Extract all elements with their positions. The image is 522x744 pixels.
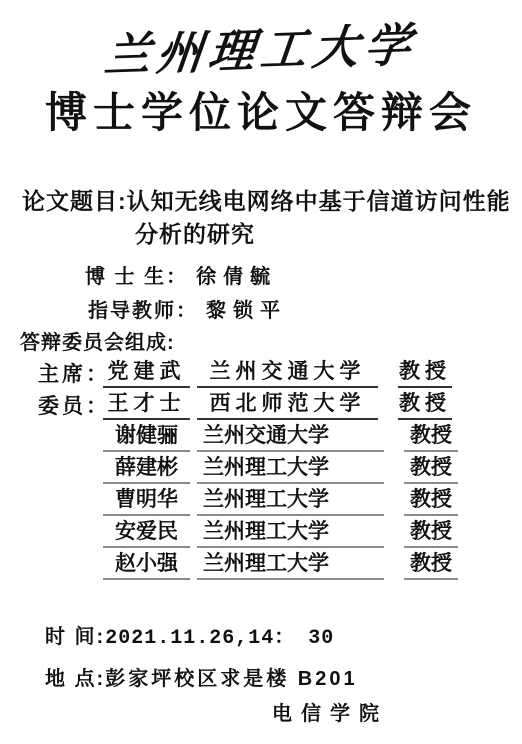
committee-member-affiliation: 兰州交通大学: [197, 355, 378, 388]
student-label: 博 士 生：: [85, 266, 188, 288]
committee-member-affiliation: 兰州交通大学: [197, 419, 384, 452]
committee-member-name: 曹明华: [103, 483, 190, 516]
time-label: 时 间:: [45, 626, 105, 648]
committee-member-affiliation: 兰州理工大学: [197, 515, 384, 548]
committee-row: 安爱民 兰州理工大学 教授: [0, 516, 522, 548]
committee-member-title: 教授: [404, 515, 458, 548]
event-title: 博士学位论文答辩会: [0, 80, 522, 140]
committee-row: 曹明华 兰州理工大学 教授: [0, 484, 522, 516]
committee-member-name: 薛建彬: [103, 451, 190, 484]
committee-member-affiliation: 兰州理工大学: [197, 451, 384, 484]
defense-announcement-document: 兰州理工大学 博士学位论文答辩会 论文题目:认知无线电网络中基于信道访问性能 分…: [0, 0, 522, 744]
advisor-label: 指导教师：: [88, 300, 198, 322]
thesis-title-line2: 分析的研究: [135, 216, 255, 249]
committee-row: 谢健骊 兰州交通大学 教授: [0, 420, 522, 452]
thesis-title-line1: 论文题目:认知无线电网络中基于信道访问性能: [22, 183, 511, 216]
advisor-name: 黎锁平: [206, 300, 287, 322]
time-line: 时 间:2021.11.26,14： 30: [45, 620, 334, 650]
thesis-title-text: 认知无线电网络中基于信道访问性能: [127, 188, 511, 214]
committee-member-affiliation: 兰州理工大学: [197, 547, 384, 580]
committee-row: 赵小强 兰州理工大学 教授: [0, 548, 522, 580]
committee-heading: 答辩委员会组成:: [20, 326, 175, 355]
issuing-department-signature: 电信学院: [272, 697, 388, 726]
committee-role: 主席：: [38, 358, 100, 388]
committee-member-affiliation: 兰州理工大学: [197, 483, 384, 516]
student-name: 徐倩毓: [196, 266, 277, 288]
committee-member-name: 王才士: [103, 387, 190, 420]
student-line: 博 士 生：徐倩毓: [85, 260, 277, 289]
committee-member-name: 党建武: [103, 355, 190, 388]
committee-member-title: 教授: [404, 419, 458, 452]
place-value: 彭家坪校区求是楼 B201: [105, 668, 357, 690]
committee-table: 主席： 党建武 兰州交通大学 教授 委员： 王才士 西北师范大学 教授 谢健骊 …: [0, 356, 522, 580]
committee-member-name: 安爱民: [103, 515, 190, 548]
university-logo-calligraphy: 兰州理工大学: [0, 5, 522, 90]
committee-member-title: 教授: [398, 355, 452, 388]
advisor-line: 指导教师：黎锁平: [88, 294, 287, 323]
committee-member-affiliation: 西北师范大学: [197, 387, 378, 420]
committee-member-name: 赵小强: [103, 547, 190, 580]
committee-row: 主席： 党建武 兰州交通大学 教授: [0, 356, 522, 388]
committee-member-title: 教授: [404, 483, 458, 516]
place-line: 地 点:彭家坪校区求是楼 B201: [45, 662, 358, 691]
committee-row: 委员： 王才士 西北师范大学 教授: [0, 388, 522, 420]
committee-member-title: 教授: [398, 387, 452, 420]
committee-member-title: 教授: [404, 451, 458, 484]
thesis-title-label: 论文题目:: [22, 188, 127, 214]
place-label: 地 点:: [45, 668, 105, 690]
committee-member-title: 教授: [404, 547, 458, 580]
committee-member-name: 谢健骊: [103, 419, 190, 452]
time-value: 2021.11.26,14： 30: [105, 627, 334, 650]
committee-role: 委员：: [38, 390, 100, 420]
committee-row: 薛建彬 兰州理工大学 教授: [0, 452, 522, 484]
